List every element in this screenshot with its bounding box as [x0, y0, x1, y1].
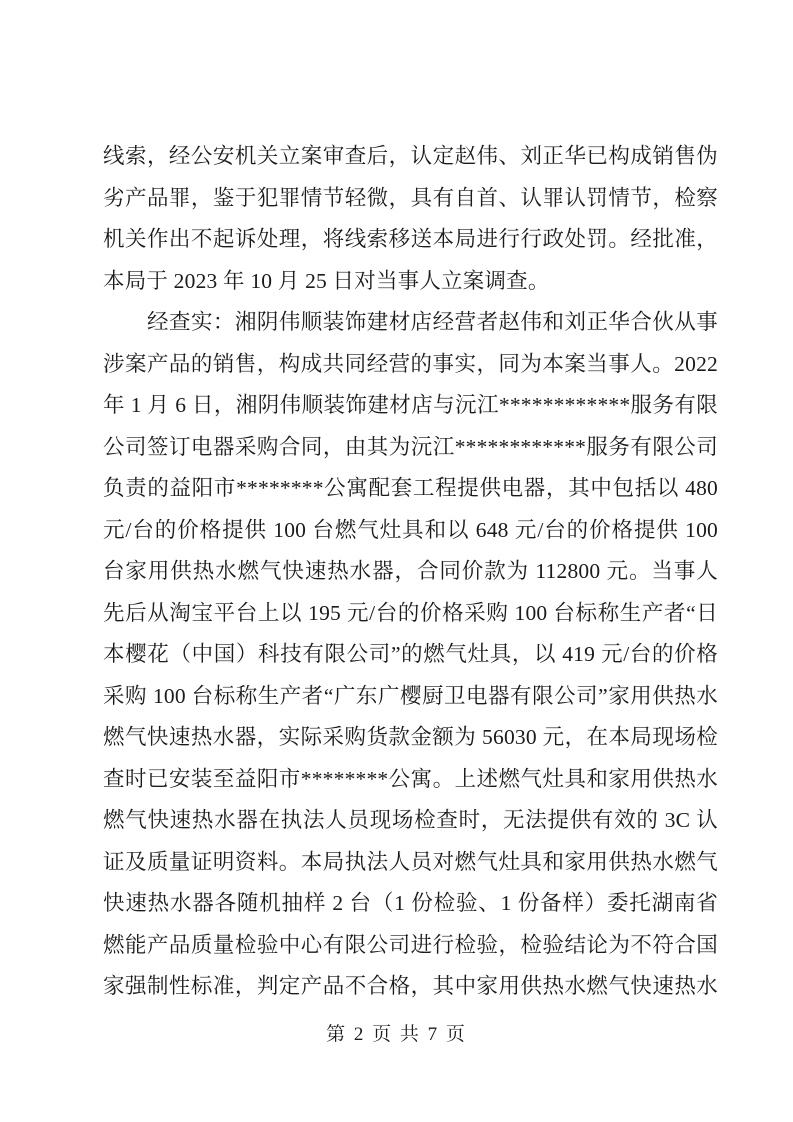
- page-footer: 第 2 页 共 7 页: [0, 1022, 793, 1047]
- text-line: 元/台的价格提供 100 台燃气灶具和以 648 元/台的价格提供 100: [103, 510, 718, 552]
- text-line: 证及质量证明资料。本局执法人员对燃气灶具和家用供热水燃气: [103, 842, 718, 884]
- text-line: 先后从淘宝平台上以 195 元/台的价格采购 100 台标称生产者“日: [103, 593, 718, 635]
- text-line: 采购 100 台标称生产者“广东广樱厨卫电器有限公司”家用供热水: [103, 676, 718, 718]
- text-line: 公司签订电器采购合同，由其为沅江************服务有限公司: [103, 427, 718, 469]
- text-line: 经查实：湘阴伟顺装饰建材店经营者赵伟和刘正华合伙从事: [103, 302, 718, 344]
- text-line: 线索，经公安机关立案审查后，认定赵伟、刘正华已构成销售伪: [103, 136, 718, 178]
- text-line: 涉案产品的销售，构成共同经营的事实，同为本案当事人。2022: [103, 344, 718, 386]
- text-line: 家强制性标准，判定产品不合格，其中家用供热水燃气快速热水: [103, 966, 718, 1008]
- text-line: 年 1 月 6 日，湘阴伟顺装饰建材店与沅江************服务有限: [103, 385, 718, 427]
- text-line: 机关作出不起诉处理，将线索移送本局进行行政处罚。经批准，: [103, 219, 718, 261]
- document-body: 线索，经公安机关立案审查后，认定赵伟、刘正华已构成销售伪 劣产品罪，鉴于犯罪情节…: [103, 136, 718, 1008]
- document-page: 线索，经公安机关立案审查后，认定赵伟、刘正华已构成销售伪 劣产品罪，鉴于犯罪情节…: [0, 0, 793, 1122]
- text-line: 台家用供热水燃气快速热水器，合同价款为 112800 元。当事人: [103, 551, 718, 593]
- text-line: 燃气快速热水器在执法人员现场检查时，无法提供有效的 3C 认: [103, 800, 718, 842]
- text-line: 负责的益阳市********公寓配套工程提供电器，其中包括以 480: [103, 468, 718, 510]
- text-line: 燃能产品质量检验中心有限公司进行检验，检验结论为不符合国: [103, 925, 718, 967]
- text-line: 快速热水器各随机抽样 2 台（1 份检验、1 份备样）委托湖南省: [103, 883, 718, 925]
- text-line: 查时已安装至益阳市********公寓。上述燃气灶具和家用供热水: [103, 759, 718, 801]
- text-line: 本局于 2023 年 10 月 25 日对当事人立案调查。: [103, 261, 718, 303]
- text-line: 本樱花（中国）科技有限公司”的燃气灶具，以 419 元/台的价格: [103, 634, 718, 676]
- text-line: 劣产品罪，鉴于犯罪情节轻微，具有自首、认罪认罚情节，检察: [103, 178, 718, 220]
- text-line: 燃气快速热水器，实际采购货款金额为 56030 元，在本局现场检: [103, 717, 718, 759]
